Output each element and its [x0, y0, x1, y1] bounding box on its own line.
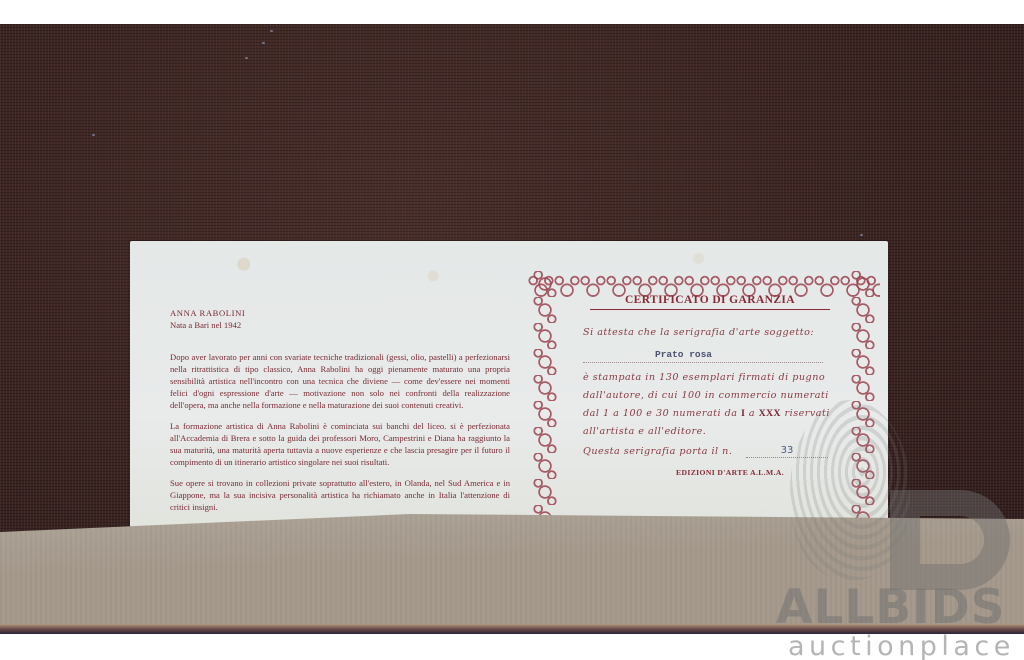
- fabric-fleck: [245, 57, 248, 59]
- bio-paragraph: Dopo aver lavorato per anni con svariate…: [170, 351, 510, 411]
- artist-birth: Nata a Bari nel 1942: [170, 319, 510, 331]
- kraft-paper-backing: [0, 514, 1024, 632]
- frame-edge: [0, 624, 1024, 634]
- number-label: Questa serigrafia porta il n.: [583, 446, 732, 457]
- roman-start: I: [741, 408, 745, 419]
- fabric-fleck: [860, 234, 863, 236]
- artist-name: ANNA RABOLINI: [170, 307, 510, 319]
- watermark-tagline: auctionplace: [788, 631, 1015, 660]
- certificate-line: Si attesta che la serigrafia d'arte sogg…: [583, 327, 814, 338]
- fabric-fleck: [270, 30, 273, 32]
- certificate-line: dall'autore, di cui 100 in commercio num…: [583, 390, 829, 401]
- certificate-card: ANNA RABOLINI Nata a Bari nel 1942 Dopo …: [130, 241, 888, 531]
- bio-paragraph: La formazione artistica di Anna Rabolini…: [170, 420, 510, 468]
- certificate-line: dal 1 a 100 e 30 numerati da I a XXX ris…: [583, 408, 830, 419]
- ornamental-border: [846, 271, 880, 537]
- ornamental-border: [528, 271, 562, 537]
- certificate-title: CERTIFICATO DI GARANZIA: [590, 294, 830, 310]
- edition-text: riservati: [785, 408, 830, 419]
- certificate-line: è stampata in 130 esemplari firmati di p…: [583, 372, 825, 383]
- certificate-line: all'artista e all'editore.: [583, 426, 706, 437]
- fabric-fleck: [92, 134, 95, 136]
- roman-end: XXX: [759, 408, 781, 419]
- guarantee-certificate: CERTIFICATO DI GARANZIA Si attesta che l…: [528, 271, 880, 531]
- edition-text: dal 1 a 100 e 30 numerati da: [583, 408, 738, 419]
- edition-number: 33: [746, 445, 828, 458]
- fabric-fleck: [262, 42, 265, 44]
- framed-artwork-photo: ANNA RABOLINI Nata a Bari nel 1942 Dopo …: [0, 24, 1024, 634]
- artist-bio: ANNA RABOLINI Nata a Bari nel 1942 Dopo …: [170, 307, 510, 522]
- edition-text: a: [749, 408, 755, 419]
- publisher-name: EDIZIONI D'ARTE A.L.M.A.: [676, 468, 784, 477]
- artwork-subject: Prato rosa: [583, 349, 823, 363]
- bio-paragraph: Sue opere si trovano in collezioni priva…: [170, 477, 510, 513]
